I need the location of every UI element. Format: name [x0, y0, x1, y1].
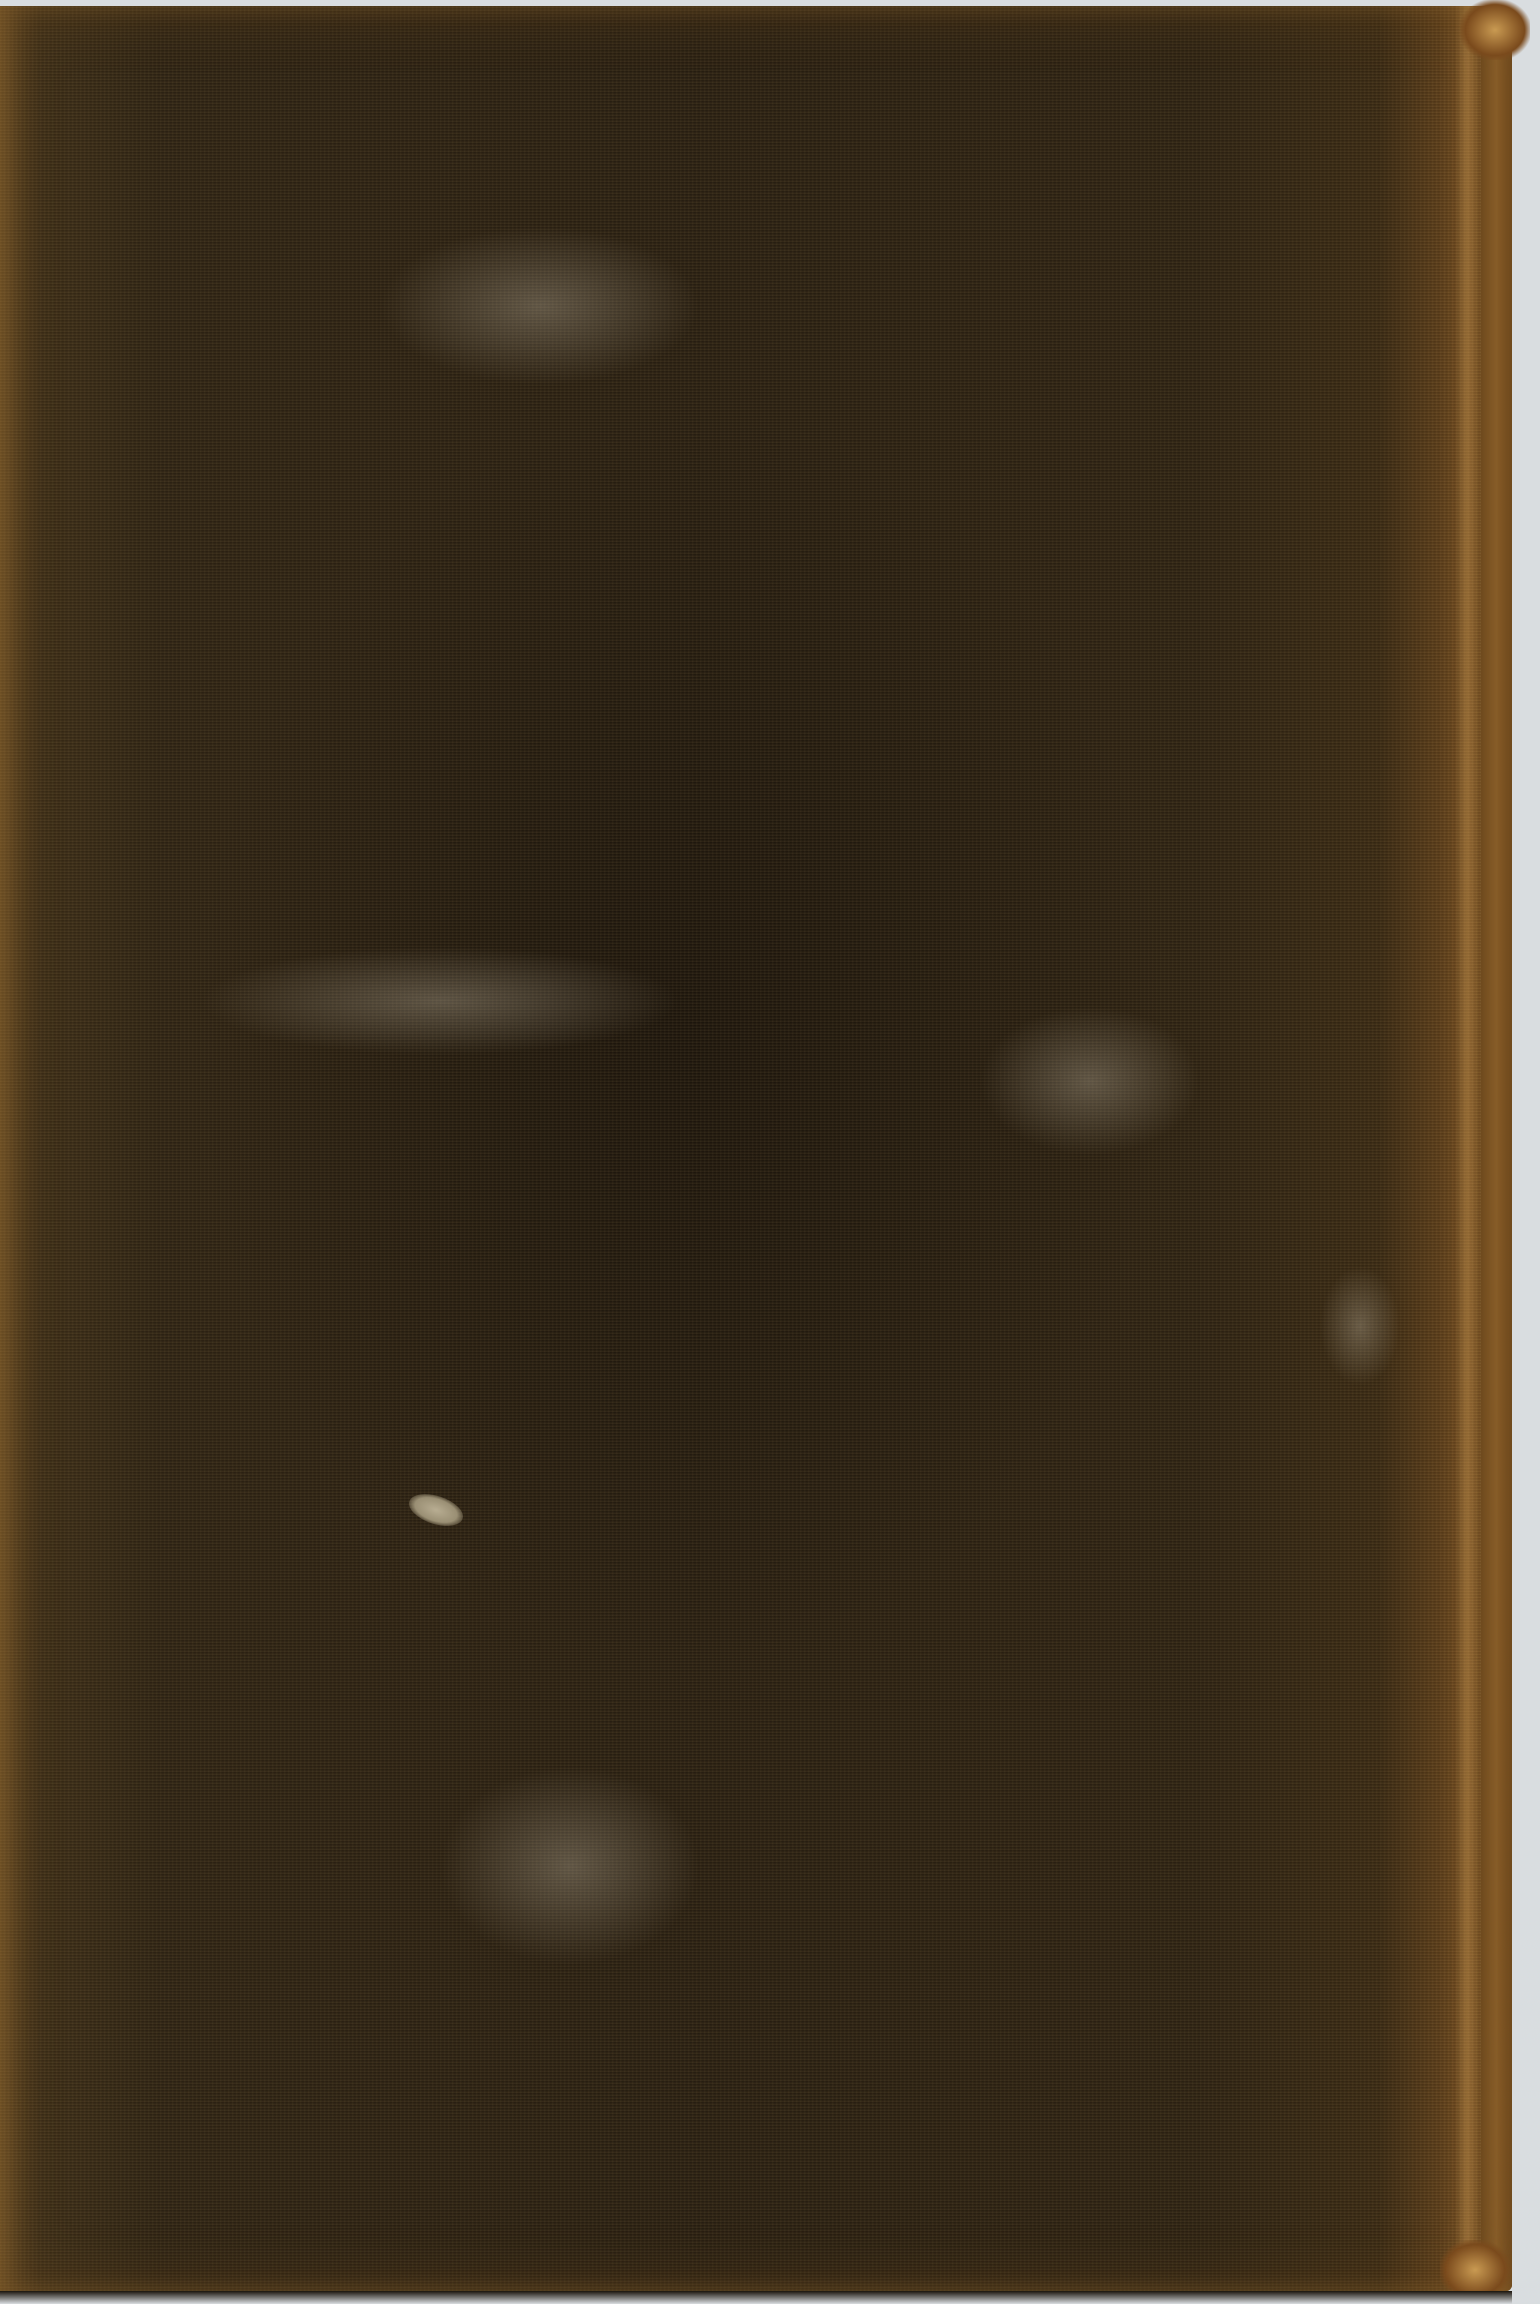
spine-edge	[1481, 6, 1512, 2291]
frayed-corner-top-right	[1460, 0, 1530, 60]
spine-hinge	[1455, 6, 1481, 2291]
wear-patch-middle-left	[200, 946, 680, 1056]
wear-patch-right	[1320, 1266, 1400, 1386]
bottom-edge-shadow	[0, 2291, 1512, 2304]
book-back-cover	[0, 6, 1512, 2291]
wear-patch-lower	[440, 1766, 700, 1966]
light-stain-spot	[405, 1488, 467, 1532]
wear-patch-middle-right	[980, 1006, 1200, 1156]
wear-patch-upper	[380, 226, 700, 386]
